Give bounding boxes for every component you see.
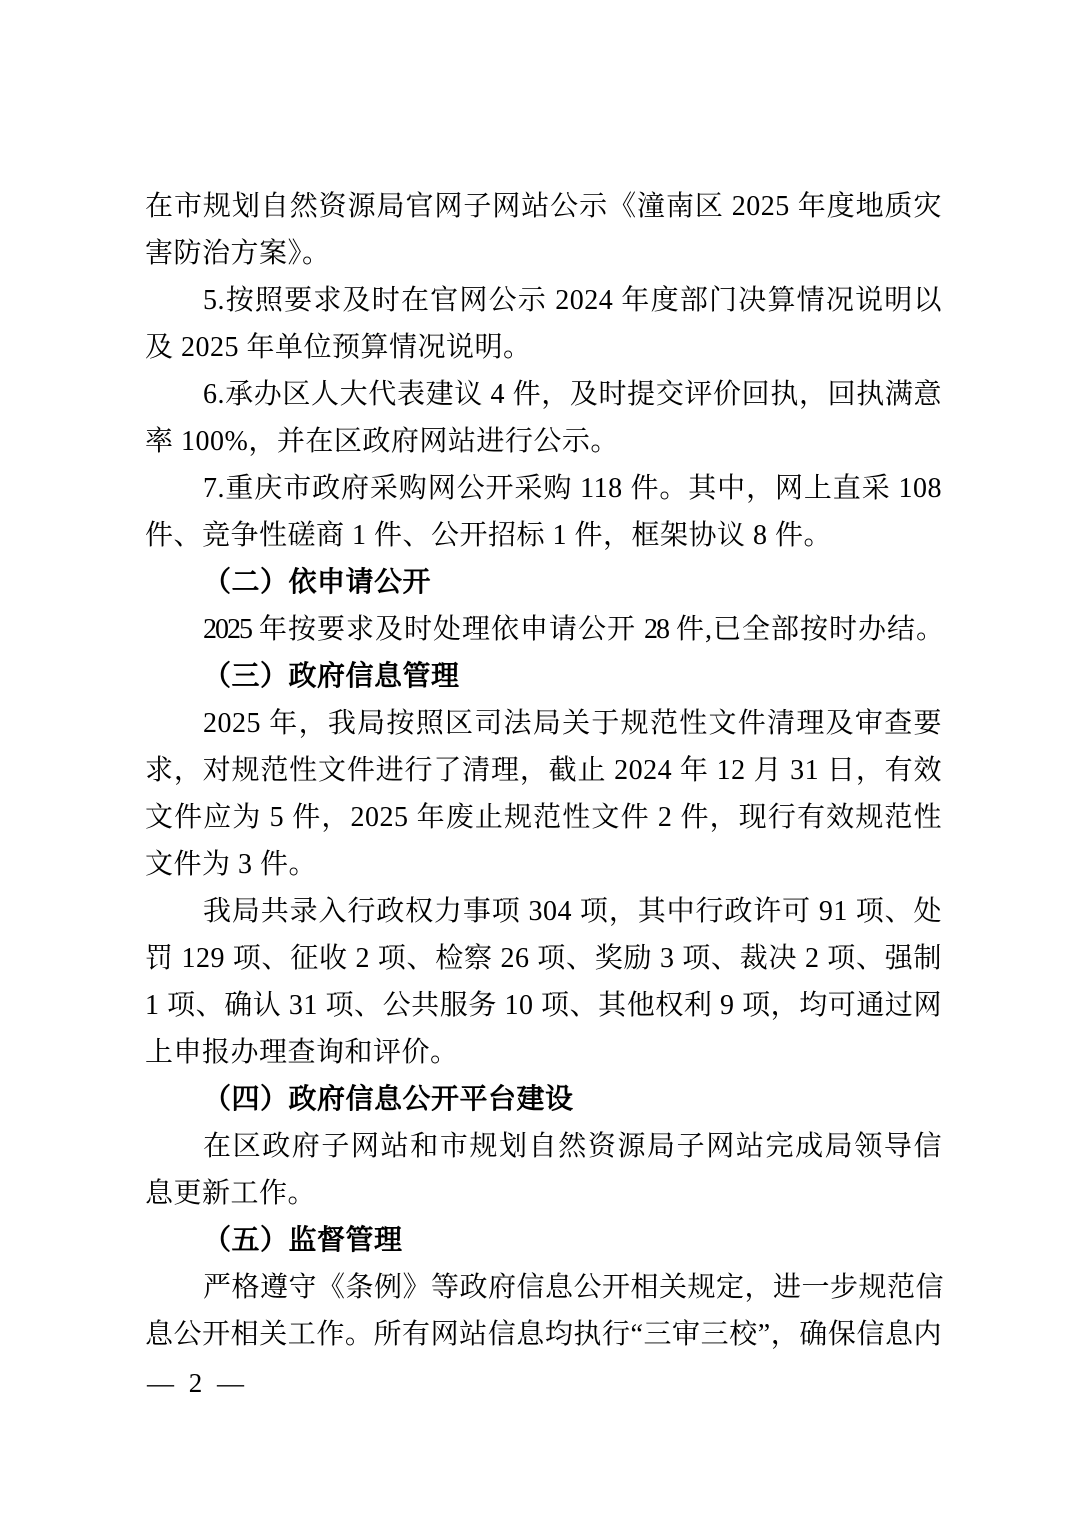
text-line: 求，对规范性文件进行了清理，截止 2024 年 12 月 31 日，有效 (145, 747, 942, 794)
text-line: 息公开相关工作。所有网站信息均执行“三审三校”，确保信息内 (145, 1311, 942, 1358)
text-line: 文件应为 5 件，2025 年废止规范性文件 2 件，现行有效规范性 (145, 794, 942, 841)
text-line: 率 100%，并在区政府网站进行公示。 (145, 418, 942, 465)
text-line: 2025 年按要求及时处理依申请公开 28 件,已全部按时办结。 (145, 606, 942, 653)
text-line: 我局共录入行政权力事项 304 项，其中行政许可 91 项、处 (145, 888, 942, 935)
document-body: 在市规划自然资源局官网子网站公示《潼南区 2025 年度地质灾害防治方案》。5.… (145, 183, 942, 1358)
document-page: 在市规划自然资源局官网子网站公示《潼南区 2025 年度地质灾害防治方案》。5.… (0, 0, 1074, 1520)
text-line: 害防治方案》。 (145, 230, 942, 277)
text-line: 上申报办理查询和评价。 (145, 1029, 942, 1076)
text-line: 7.重庆市政府采购网公开采购 118 件。其中，网上直采 108 (145, 465, 942, 512)
page-number: — 2 — (147, 1366, 248, 1400)
text-line: 6.承办区人大代表建议 4 件，及时提交评价回执，回执满意 (145, 371, 942, 418)
section-heading: （四）政府信息公开平台建设 (145, 1076, 942, 1123)
section-heading: （二）依申请公开 (145, 559, 942, 606)
section-heading: （五）监督管理 (145, 1217, 942, 1264)
text-line: 在区政府子网站和市规划自然资源局子网站完成局领导信 (145, 1123, 942, 1170)
text-line: 在市规划自然资源局官网子网站公示《潼南区 2025 年度地质灾 (145, 183, 942, 230)
text-line: 罚 129 项、征收 2 项、检察 26 项、奖励 3 项、裁决 2 项、强制 (145, 935, 942, 982)
text-line: 及 2025 年单位预算情况说明。 (145, 324, 942, 371)
text-line: 件、竞争性磋商 1 件、公开招标 1 件，框架协议 8 件。 (145, 512, 942, 559)
text-line: 1 项、确认 31 项、公共服务 10 项、其他权利 9 项，均可通过网 (145, 982, 942, 1029)
section-heading: （三）政府信息管理 (145, 653, 942, 700)
text-line: 严格遵守《条例》等政府信息公开相关规定，进一步规范信 (145, 1264, 942, 1311)
text-line: 文件为 3 件。 (145, 841, 942, 888)
text-line: 息更新工作。 (145, 1170, 942, 1217)
text-line: 2025 年，我局按照区司法局关于规范性文件清理及审查要 (145, 700, 942, 747)
text-line: 5.按照要求及时在官网公示 2024 年度部门决算情况说明以 (145, 277, 942, 324)
